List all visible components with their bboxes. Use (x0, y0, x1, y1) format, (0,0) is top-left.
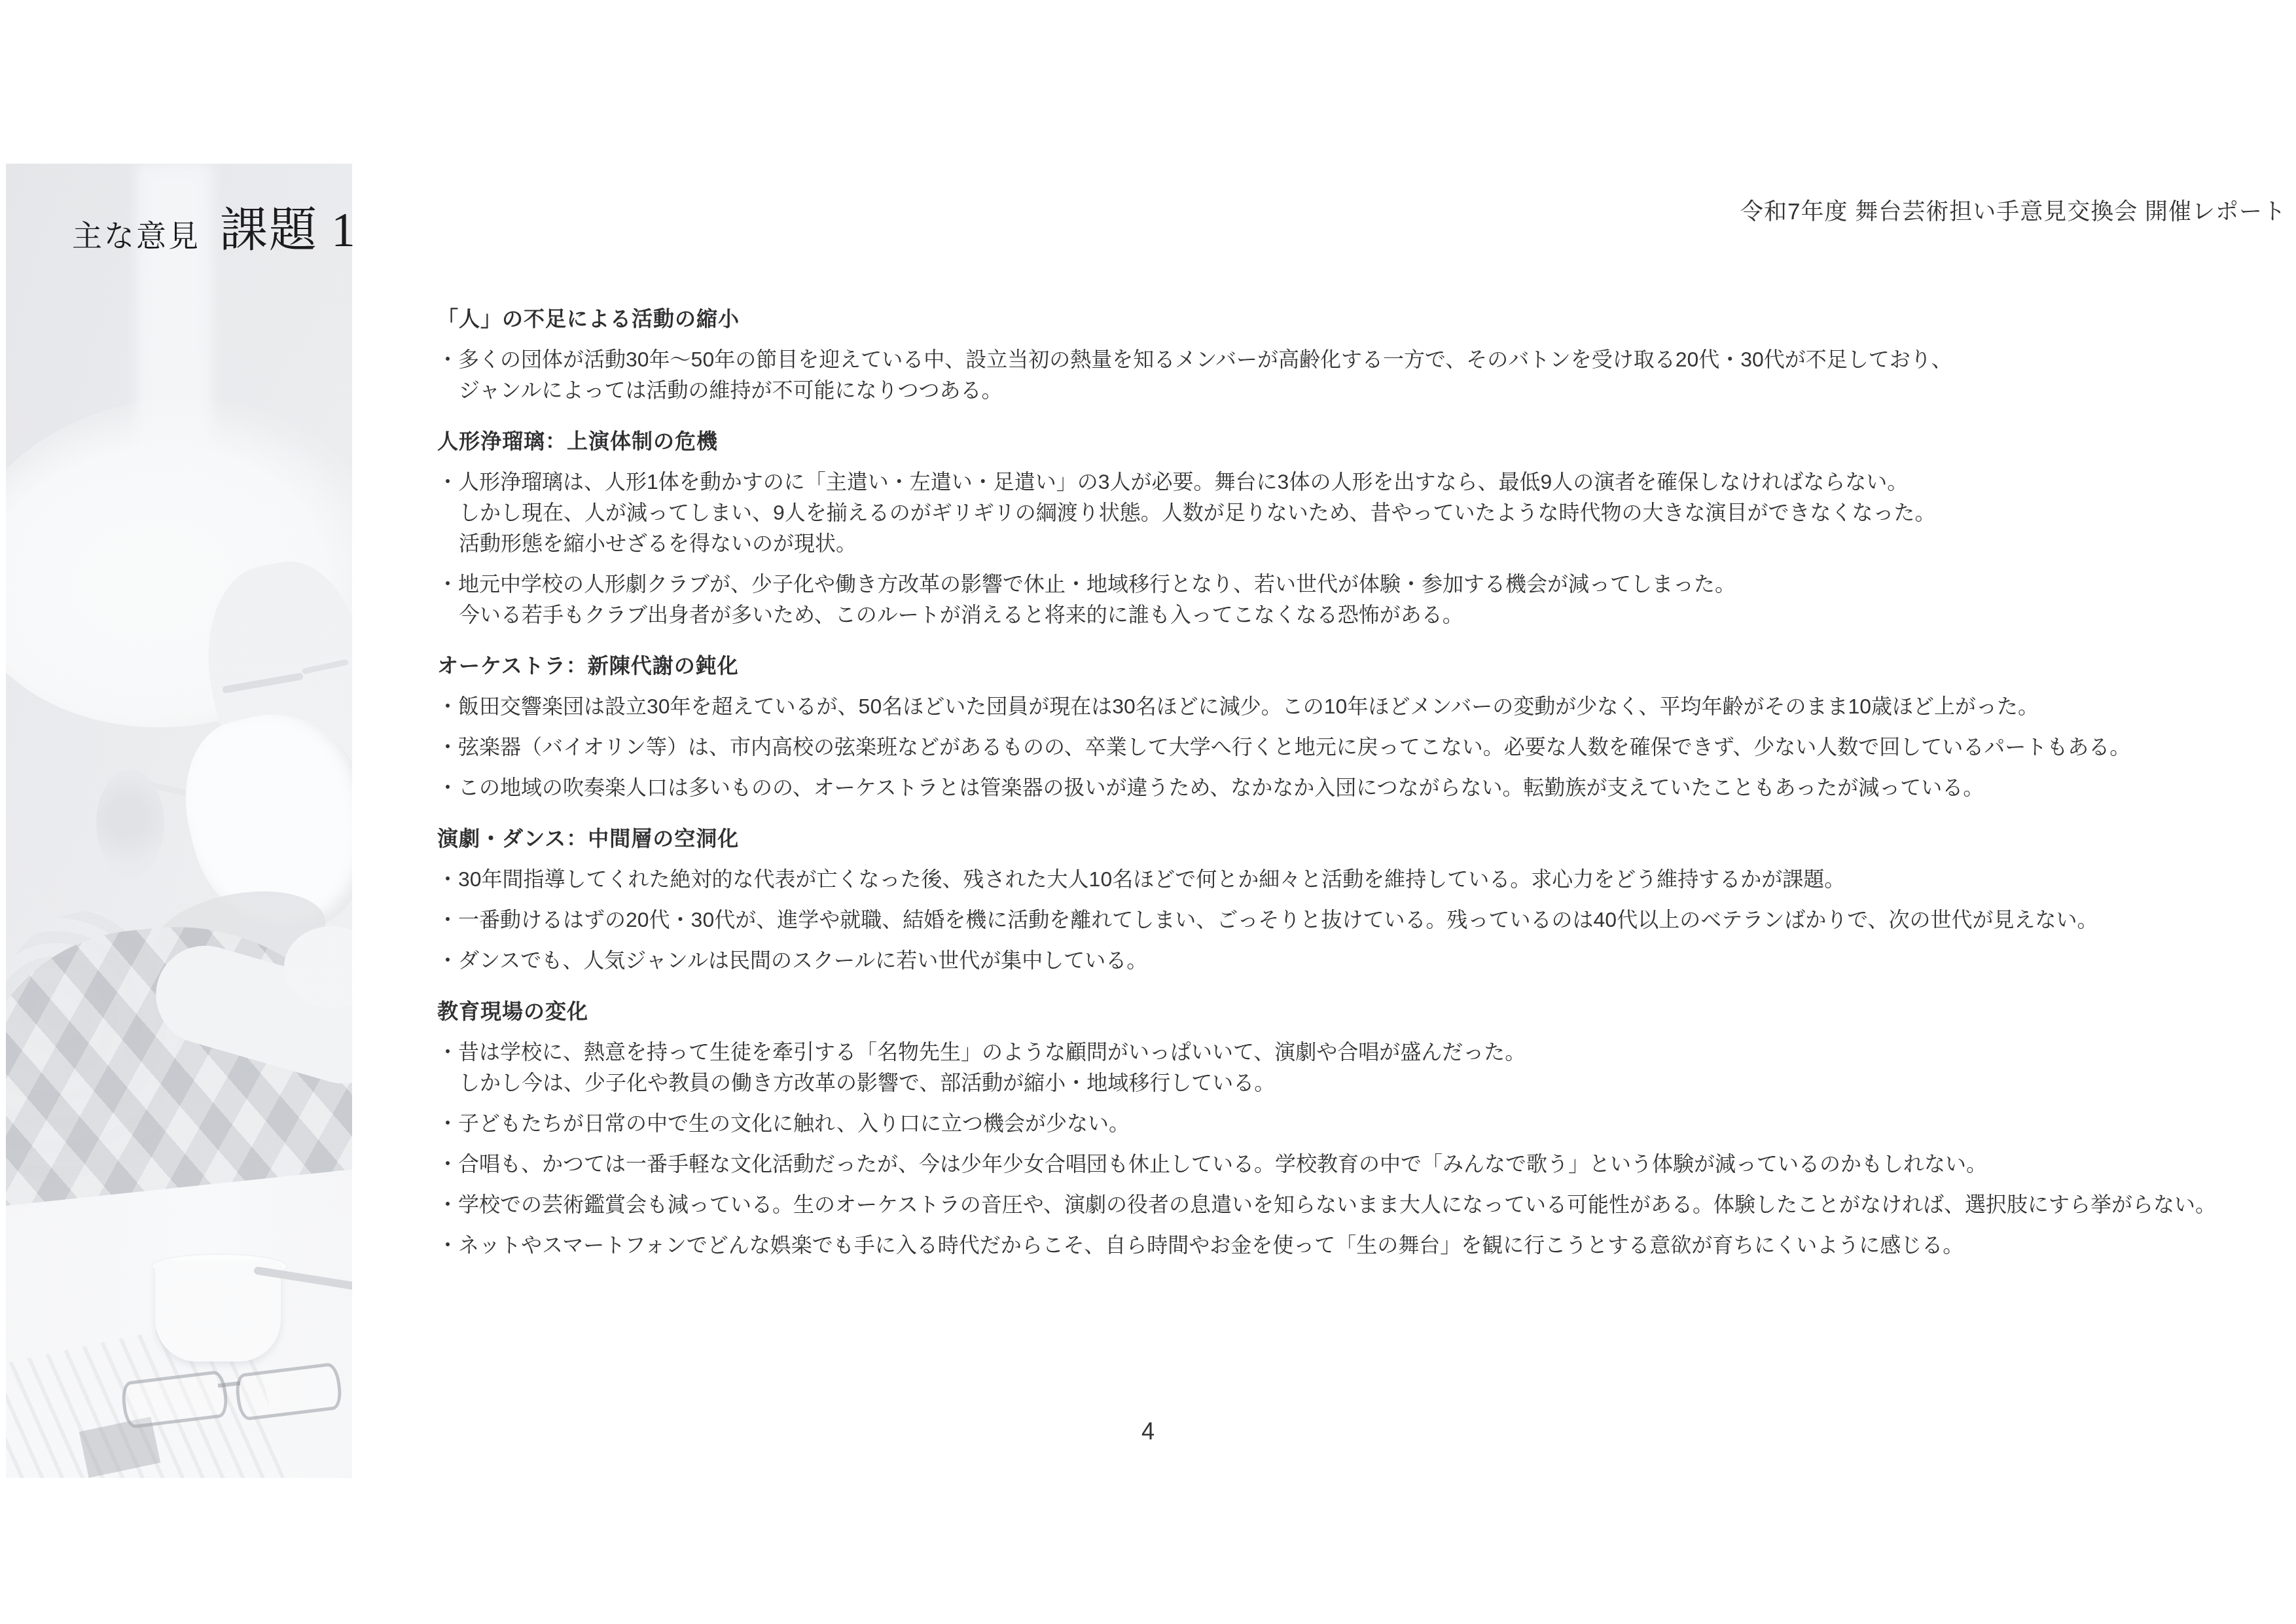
photo-pen (253, 1266, 352, 1291)
bullet-line: ・地元中学校の人形劇クラブが、少子化や働き方改革の影響で休止・地域移行となり、若… (437, 569, 2289, 600)
photo-hair-shape (6, 374, 352, 751)
photo-cup-rim (151, 1254, 287, 1280)
opinion-section: 演劇・ダンス：中間層の空洞化・30年間指導してくれた絶対的な代表が亡くなった後、… (437, 823, 2289, 976)
bullet-item: ・地元中学校の人形劇クラブが、少子化や働き方改革の影響で休止・地域移行となり、若… (437, 569, 2289, 630)
bullet-line: しかし今は、少子化や教員の働き方改革の影響で、部活動が縮小・地域移行している。 (437, 1068, 2289, 1098)
bullet-item: ・子どもたちが日常の中で生の文化に触れ、入り口に立つ機会が少ない。 (437, 1108, 2289, 1139)
section-heading: 教育現場の変化 (437, 996, 2289, 1027)
bullet-line: ・昔は学校に、熱意を持って生徒を牽引する「名物先生」のような顧問がいっぱいいて、… (437, 1037, 2289, 1068)
bullet-line: ・人形浄瑠璃は、人形1体を動かすのに「主遣い・左遣い・足遣い」の3人が必要。舞台… (437, 467, 2289, 497)
section-heading: 人形浄瑠璃：上演体制の危機 (437, 426, 2289, 457)
bullet-item: ・昔は学校に、熱意を持って生徒を牽引する「名物先生」のような顧問がいっぱいいて、… (437, 1037, 2289, 1098)
bullet-line: ・ダンスでも、人気ジャンルは民間のスクールに若い世代が集中している。 (437, 945, 2289, 976)
bullet-line: ・一番動けるはずの20代・30代が、進学や就職、結婚を機に活動を離れてしまい、ご… (437, 905, 2289, 935)
bullet-item: ・30年間指導してくれた絶対的な代表が亡くなった後、残された大人10名ほどで何と… (437, 864, 2289, 895)
opinion-section: 教育現場の変化・昔は学校に、熱意を持って生徒を牽引する「名物先生」のような顧問が… (437, 996, 2289, 1261)
bullet-line: ・この地域の吹奏楽人口は多いものの、オーケストラとは管楽器の扱いが違うため、なか… (437, 772, 2289, 803)
page-title: 主な意見 課題 1 (72, 191, 357, 260)
bullet-line: ・合唱も、かつては一番手軽な文化活動だったが、今は少年少女合唱団も休止している。… (437, 1149, 2289, 1180)
content-area: 「人」の不足による活動の縮小・多くの団体が活動30年〜50年の節目を迎えている中… (437, 304, 2289, 1261)
bullet-item: ・学校での芸術鑑賞会も減っている。生のオーケストラの音圧や、演劇の役者の息遣いを… (437, 1189, 2289, 1220)
bullet-line: ・学校での芸術鑑賞会も減っている。生のオーケストラの音圧や、演劇の役者の息遣いを… (437, 1189, 2289, 1220)
photo-arm-shape (144, 934, 352, 1095)
bullet-line: 活動形態を縮小せざるを得ないのが現状。 (437, 528, 2289, 559)
photo-argyle-sweater (6, 906, 352, 1359)
bullet-item: ・合唱も、かつては一番手軽な文化活動だったが、今は少年少女合唱団も休止している。… (437, 1149, 2289, 1180)
photo-papers (6, 1311, 287, 1478)
opinion-section: オーケストラ：新陳代謝の鈍化・飯田交響楽団は設立30年を超えているが、50名ほど… (437, 651, 2289, 803)
photo-brow-shape (222, 672, 304, 694)
bullet-item: ・弦楽器（バイオリン等）は、市内高校の弦楽班などがあるものの、卒業して大学へ行く… (437, 732, 2289, 763)
bullet-line: ・飯田交響楽団は設立30年を超えているが、50名ほどいた団員が現在は30名ほどに… (437, 691, 2289, 722)
bullet-line: ・多くの団体が活動30年〜50年の節目を迎えている中、設立当初の熱量を知るメンバ… (437, 344, 2289, 375)
bullet-line: ジャンルによっては活動の維持が不可能になりつつある。 (437, 375, 2289, 406)
photo-glasses-right-lens (234, 1362, 344, 1422)
opinion-section: 人形浄瑠璃：上演体制の危機・人形浄瑠璃は、人形1体を動かすのに「主遣い・左遣い・… (437, 426, 2289, 630)
photo-mask-strap (141, 780, 222, 804)
bullet-line: しかし現在、人が減ってしまい、9人を揃えるのがギリギリの綱渡り状態。人数が足りな… (437, 497, 2289, 528)
bullet-item: ・この地域の吹奏楽人口は多いものの、オーケストラとは管楽器の扱いが違うため、なか… (437, 772, 2289, 803)
photo-face-shape (192, 551, 352, 816)
report-header: 令和7年度 舞台芸術担い手意見交換会 開催レポート (1740, 194, 2286, 226)
bullet-item: ・多くの団体が活動30年〜50年の節目を迎えている中、設立当初の熱量を知るメンバ… (437, 344, 2289, 406)
bullet-line: ・30年間指導してくれた絶対的な代表が亡くなった後、残された大人10名ほどで何と… (437, 864, 2289, 895)
bullet-line: 今いる若手もクラブ出身者が多いため、このルートが消えると将来的に誰も入ってこなく… (437, 600, 2289, 630)
photo-scarf-shape (6, 894, 206, 1206)
photo-face-mask (167, 695, 352, 951)
photo-cup (155, 1262, 281, 1362)
bullet-line: ・ネットやスマートフォンでどんな娯楽でも手に入る時代だからこそ、自ら時間やお金を… (437, 1230, 2289, 1261)
report-page: 主な意見 課題 1 令和7年度 舞台芸術担い手意見交換会 開催レポート 「人」の… (0, 0, 2296, 1624)
photo-glasses-bridge (218, 1381, 240, 1388)
section-heading: 演劇・ダンス：中間層の空洞化 (437, 823, 2289, 854)
section-heading: 「人」の不足による活動の縮小 (437, 304, 2289, 334)
page-number: 4 (0, 1418, 2296, 1445)
bullet-item: ・一番動けるはずの20代・30代が、進学や就職、結婚を機に活動を離れてしまい、ご… (437, 905, 2289, 935)
section-heading: オーケストラ：新陳代謝の鈍化 (437, 651, 2289, 681)
bullet-item: ・ダンスでも、人気ジャンルは民間のスクールに若い世代が集中している。 (437, 945, 2289, 976)
page-title-topic: 課題 1 (220, 191, 357, 260)
bullet-item: ・ネットやスマートフォンでどんな娯楽でも手に入る時代だからこそ、自ら時間やお金を… (437, 1230, 2289, 1261)
bullet-item: ・人形浄瑠璃は、人形1体を動かすのに「主遣い・左遣い・足遣い」の3人が必要。舞台… (437, 467, 2289, 559)
photo-ear-shape (96, 769, 164, 877)
photo-eye-shape (302, 659, 349, 675)
opinion-section: 「人」の不足による活動の縮小・多くの団体が活動30年〜50年の節目を迎えている中… (437, 304, 2289, 406)
bullet-line: ・子どもたちが日常の中で生の文化に触れ、入り口に立つ機会が少ない。 (437, 1108, 2289, 1139)
bullet-line: ・弦楽器（バイオリン等）は、市内高校の弦楽班などがあるものの、卒業して大学へ行く… (437, 732, 2289, 763)
photo-hand-shape (284, 926, 352, 1008)
page-title-category: 主な意見 (72, 212, 200, 255)
portrait-photo (6, 164, 352, 1478)
photo-neck-shadow (147, 879, 332, 990)
bullet-item: ・飯田交響楽団は設立30年を超えているが、50名ほどいた団員が現在は30名ほどに… (437, 691, 2289, 722)
